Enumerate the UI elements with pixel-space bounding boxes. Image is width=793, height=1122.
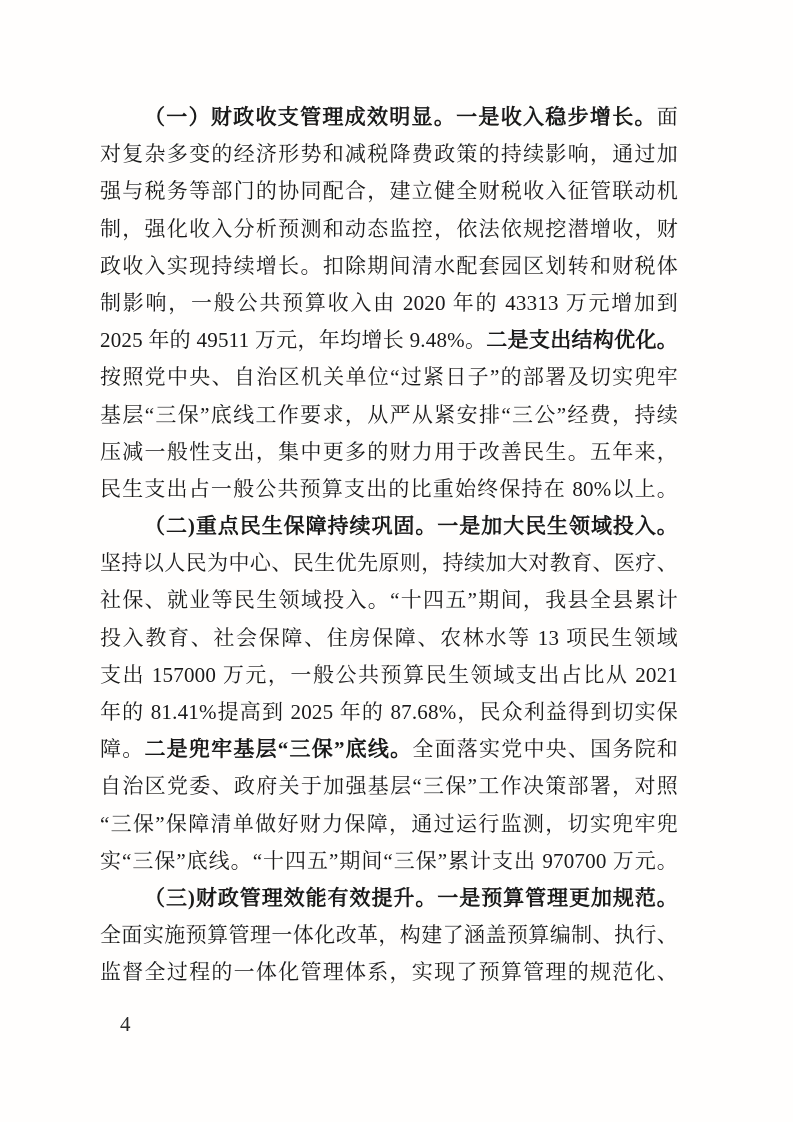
text-line: 障。二是兜牢基层“三保”底线。全面落实党中央、国务院和: [100, 731, 678, 768]
emphasis-text-run: （二)重点民生保障持续巩固。一是加大民生领域投入。: [144, 514, 678, 538]
text-run: 社保、就业等民生领域投入。“十四五”期间，我县全县累计: [100, 588, 678, 612]
text-run: 全面落实党中央、国务院和: [412, 737, 678, 761]
text-run: 基层“三保”底线工作要求，从严从紧安排“三公”经费，持续: [100, 403, 678, 427]
text-line: 对复杂多变的经济形势和减税降费政策的持续影响，通过加: [100, 136, 678, 173]
text-run: 强与税务等部门的协同配合，建立健全财税收入征管联动机: [100, 179, 678, 203]
text-line: 坚持以人民为中心、民生优先原则，持续加大对教育、医疗、: [100, 545, 678, 582]
text-run: 支出 157000 万元，一般公共预算民生领域支出占比从 2021: [100, 663, 678, 687]
text-run: 按照党中央、自治区机关单位“过紧日子”的部署及切实兜牢: [100, 365, 678, 389]
text-run: 投入教育、社会保障、住房保障、农林水等 13 项民生领域: [100, 626, 678, 650]
text-run: 障。: [100, 737, 144, 761]
text-run: 制，强化收入分析预测和动态监控，依法依规挖潜增收，财: [100, 217, 678, 241]
text-line: 压减一般性支出，集中更多的财力用于改善民生。五年来，: [100, 434, 678, 471]
text-line: 2025 年的 49511 万元，年均增长 9.48%。二是支出结构优化。: [100, 322, 678, 359]
text-line: 制影响，一般公共预算收入由 2020 年的 43313 万元增加到: [100, 285, 678, 322]
document-body: （一）财政收支管理成效明显。一是收入稳步增长。面对复杂多变的经济形势和减税降费政…: [100, 99, 678, 992]
text-line: （二)重点民生保障持续巩固。一是加大民生领域投入。: [100, 508, 678, 545]
text-run: 监督全过程的一体化管理体系，实现了预算管理的规范化、: [100, 960, 678, 984]
emphasis-text-run: 二是兜牢基层“三保”底线。: [144, 737, 412, 761]
text-run: 压减一般性支出，集中更多的财力用于改善民生。五年来，: [100, 440, 678, 464]
text-line: 民生支出占一般公共预算支出的比重始终保持在 80%以上。: [100, 471, 678, 508]
text-run: 对复杂多变的经济形势和减税降费政策的持续影响，通过加: [100, 142, 678, 166]
text-line: 全面实施预算管理一体化改革，构建了涵盖预算编制、执行、: [100, 917, 678, 954]
emphasis-text-run: （三)财政管理效能有效提升。一是预算管理更加规范。: [144, 886, 678, 910]
text-run: 全面实施预算管理一体化改革，构建了涵盖预算编制、执行、: [100, 923, 678, 947]
text-line: 社保、就业等民生领域投入。“十四五”期间，我县全县累计: [100, 582, 678, 619]
emphasis-text-run: 二是支出结构优化。: [486, 328, 678, 352]
text-line: 政收入实现持续增长。扣除期间清水配套园区划转和财税体: [100, 248, 678, 285]
text-line: 投入教育、社会保障、住房保障、农林水等 13 项民生领域: [100, 620, 678, 657]
text-line: 自治区党委、政府关于加强基层“三保”工作决策部署，对照: [100, 768, 678, 805]
text-run: 年的 81.41%提高到 2025 年的 87.68%，民众利益得到切实保: [100, 700, 678, 724]
text-run: 面: [657, 105, 678, 129]
text-run: 制影响，一般公共预算收入由 2020 年的 43313 万元增加到: [100, 291, 678, 315]
text-line: 制，强化收入分析预测和动态监控，依法依规挖潜增收，财: [100, 211, 678, 248]
text-run: 政收入实现持续增长。扣除期间清水配套园区划转和财税体: [100, 254, 678, 278]
text-run: 民生支出占一般公共预算支出的比重始终保持在 80%以上。: [100, 477, 678, 501]
text-run: 坚持以人民为中心、民生优先原则，持续加大对教育、医疗、: [100, 551, 678, 575]
text-line: “三保”保障清单做好财力保障，通过运行监测，切实兜牢兜: [100, 806, 678, 843]
document-page: （一）财政收支管理成效明显。一是收入稳步增长。面对复杂多变的经济形势和减税降费政…: [0, 0, 793, 1122]
text-line: 支出 157000 万元，一般公共预算民生领域支出占比从 2021: [100, 657, 678, 694]
text-line: 年的 81.41%提高到 2025 年的 87.68%，民众利益得到切实保: [100, 694, 678, 731]
text-run: 自治区党委、政府关于加强基层“三保”工作决策部署，对照: [100, 774, 678, 798]
text-line: 监督全过程的一体化管理体系，实现了预算管理的规范化、: [100, 954, 678, 991]
text-line: 按照党中央、自治区机关单位“过紧日子”的部署及切实兜牢: [100, 359, 678, 396]
text-run: 2025 年的 49511 万元，年均增长 9.48%。: [100, 328, 486, 352]
text-line: 实“三保”底线。“十四五”期间“三保”累计支出 970700 万元。: [100, 843, 678, 880]
text-line: 基层“三保”底线工作要求，从严从紧安排“三公”经费，持续: [100, 397, 678, 434]
page-number: 4: [120, 1008, 131, 1040]
text-line: 强与税务等部门的协同配合，建立健全财税收入征管联动机: [100, 173, 678, 210]
text-run: “三保”保障清单做好财力保障，通过运行监测，切实兜牢兜: [100, 812, 678, 836]
emphasis-text-run: （一）财政收支管理成效明显。一是收入稳步增长。: [144, 105, 657, 129]
text-line: （三)财政管理效能有效提升。一是预算管理更加规范。: [100, 880, 678, 917]
text-run: 实“三保”底线。“十四五”期间“三保”累计支出 970700 万元。: [100, 849, 678, 873]
text-line: （一）财政收支管理成效明显。一是收入稳步增长。面: [100, 99, 678, 136]
